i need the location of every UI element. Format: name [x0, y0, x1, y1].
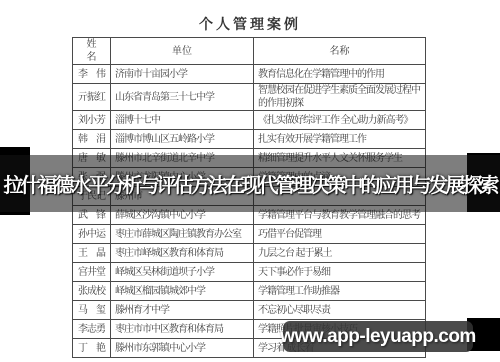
- cell-title: 九层之台 起于累土: [254, 244, 426, 263]
- cell-unit: 滕州育才中学: [111, 301, 254, 320]
- table-row: 韩 涓 淄博市博山区五岭路小学 扎实有效开展学籍管理工作: [73, 130, 426, 149]
- header-unit: 单位: [111, 38, 254, 65]
- cell-unit: 济南市十亩园小学: [111, 65, 254, 84]
- headline-banner: 拉什福德水平分析与评估方法在现代管理决策中的应用与发展探索: [0, 155, 500, 212]
- cell-name: 李 伟: [73, 65, 111, 84]
- cell-name: 孙中运: [73, 225, 111, 244]
- table-row: 宫井堂 峄城区吴林街道坝子小学 天下事必作于易细: [73, 263, 426, 282]
- cell-title: 不忘初心尽职尽责: [254, 301, 426, 320]
- cell-name: 丁 艳: [73, 339, 111, 358]
- cell-name: 宫井堂: [73, 263, 111, 282]
- cell-title: 教育信息化在学籍管理中的作用: [254, 65, 426, 84]
- table-row: 孙中运 枣庄市薛城区陶庄镇教育办公室 巧借平台促管理: [73, 225, 426, 244]
- cell-unit: 枣庄市峄城区教育和体育局: [111, 244, 254, 263]
- cell-unit: 峄城区榴园镇城郊中学: [111, 282, 254, 301]
- table-header-row: 姓 名 单位 名称: [73, 38, 426, 65]
- cell-name: 张成校: [73, 282, 111, 301]
- cell-title: 智慧校园在促进学生素质全面发展过程中的作用初探: [254, 84, 426, 111]
- headline-banner-text: 拉什福德水平分析与评估方法在现代管理决策中的应用与发展探索: [4, 169, 497, 198]
- cell-unit: 枣庄市薛城区陶庄镇教育办公室: [111, 225, 254, 244]
- cell-name: 李志勇: [73, 320, 111, 339]
- cell-unit: 枣庄市市中区教育和体育局: [111, 320, 254, 339]
- cell-unit: 峄城区吴林街道坝子小学: [111, 263, 254, 282]
- table-row: 王 晶 枣庄市峄城区教育和体育局 九层之台 起于累土: [73, 244, 426, 263]
- cell-title: 巧借平台促管理: [254, 225, 426, 244]
- table-row: 李 伟 济南市十亩园小学 教育信息化在学籍管理中的作用: [73, 65, 426, 84]
- cell-unit: 山东省青岛第三十七中学: [111, 84, 254, 111]
- cell-name: 韩 涓: [73, 130, 111, 149]
- document-photo: 个人管理案例 姓 名 单位 名称 李 伟 济南市十亩园小学 教育信息化在学籍管理…: [0, 0, 500, 362]
- header-name: 姓 名: [73, 38, 111, 65]
- cell-name: 刘小芳: [73, 111, 111, 130]
- document-title: 个人管理案例: [0, 14, 500, 34]
- cell-unit: 淄博市博山区五岭路小学: [111, 130, 254, 149]
- cell-unit: 滕州市东郭镇中心小学: [111, 339, 254, 358]
- cell-name: 马 玺: [73, 301, 111, 320]
- cell-title: 天下事必作于易细: [254, 263, 426, 282]
- cell-title: 扎实有效开展学籍管理工作: [254, 130, 426, 149]
- header-title: 名称: [254, 38, 426, 65]
- cell-name: 亓振红: [73, 84, 111, 111]
- cell-title: 学籍管理工作助推器: [254, 282, 426, 301]
- table-row: 亓振红 山东省青岛第三十七中学 智慧校园在促进学生素质全面发展过程中的作用初探: [73, 84, 426, 111]
- cell-name: 王 晶: [73, 244, 111, 263]
- cell-unit: 淄博十七中: [111, 111, 254, 130]
- table-row: 张成校 峄城区榴园镇城郊中学 学籍管理工作助推器: [73, 282, 426, 301]
- table-row: 马 玺 滕州育才中学 不忘初心尽职尽责: [73, 301, 426, 320]
- cell-title: 《扎实做好综评工作 全心助力新高考》: [254, 111, 426, 130]
- watermark-badge: www.app-leyuapp.com: [283, 321, 473, 352]
- watermark-url-text: www.app-leyuapp.com: [280, 326, 476, 348]
- table-row: 刘小芳 淄博十七中 《扎实做好综评工作 全心助力新高考》: [73, 111, 426, 130]
